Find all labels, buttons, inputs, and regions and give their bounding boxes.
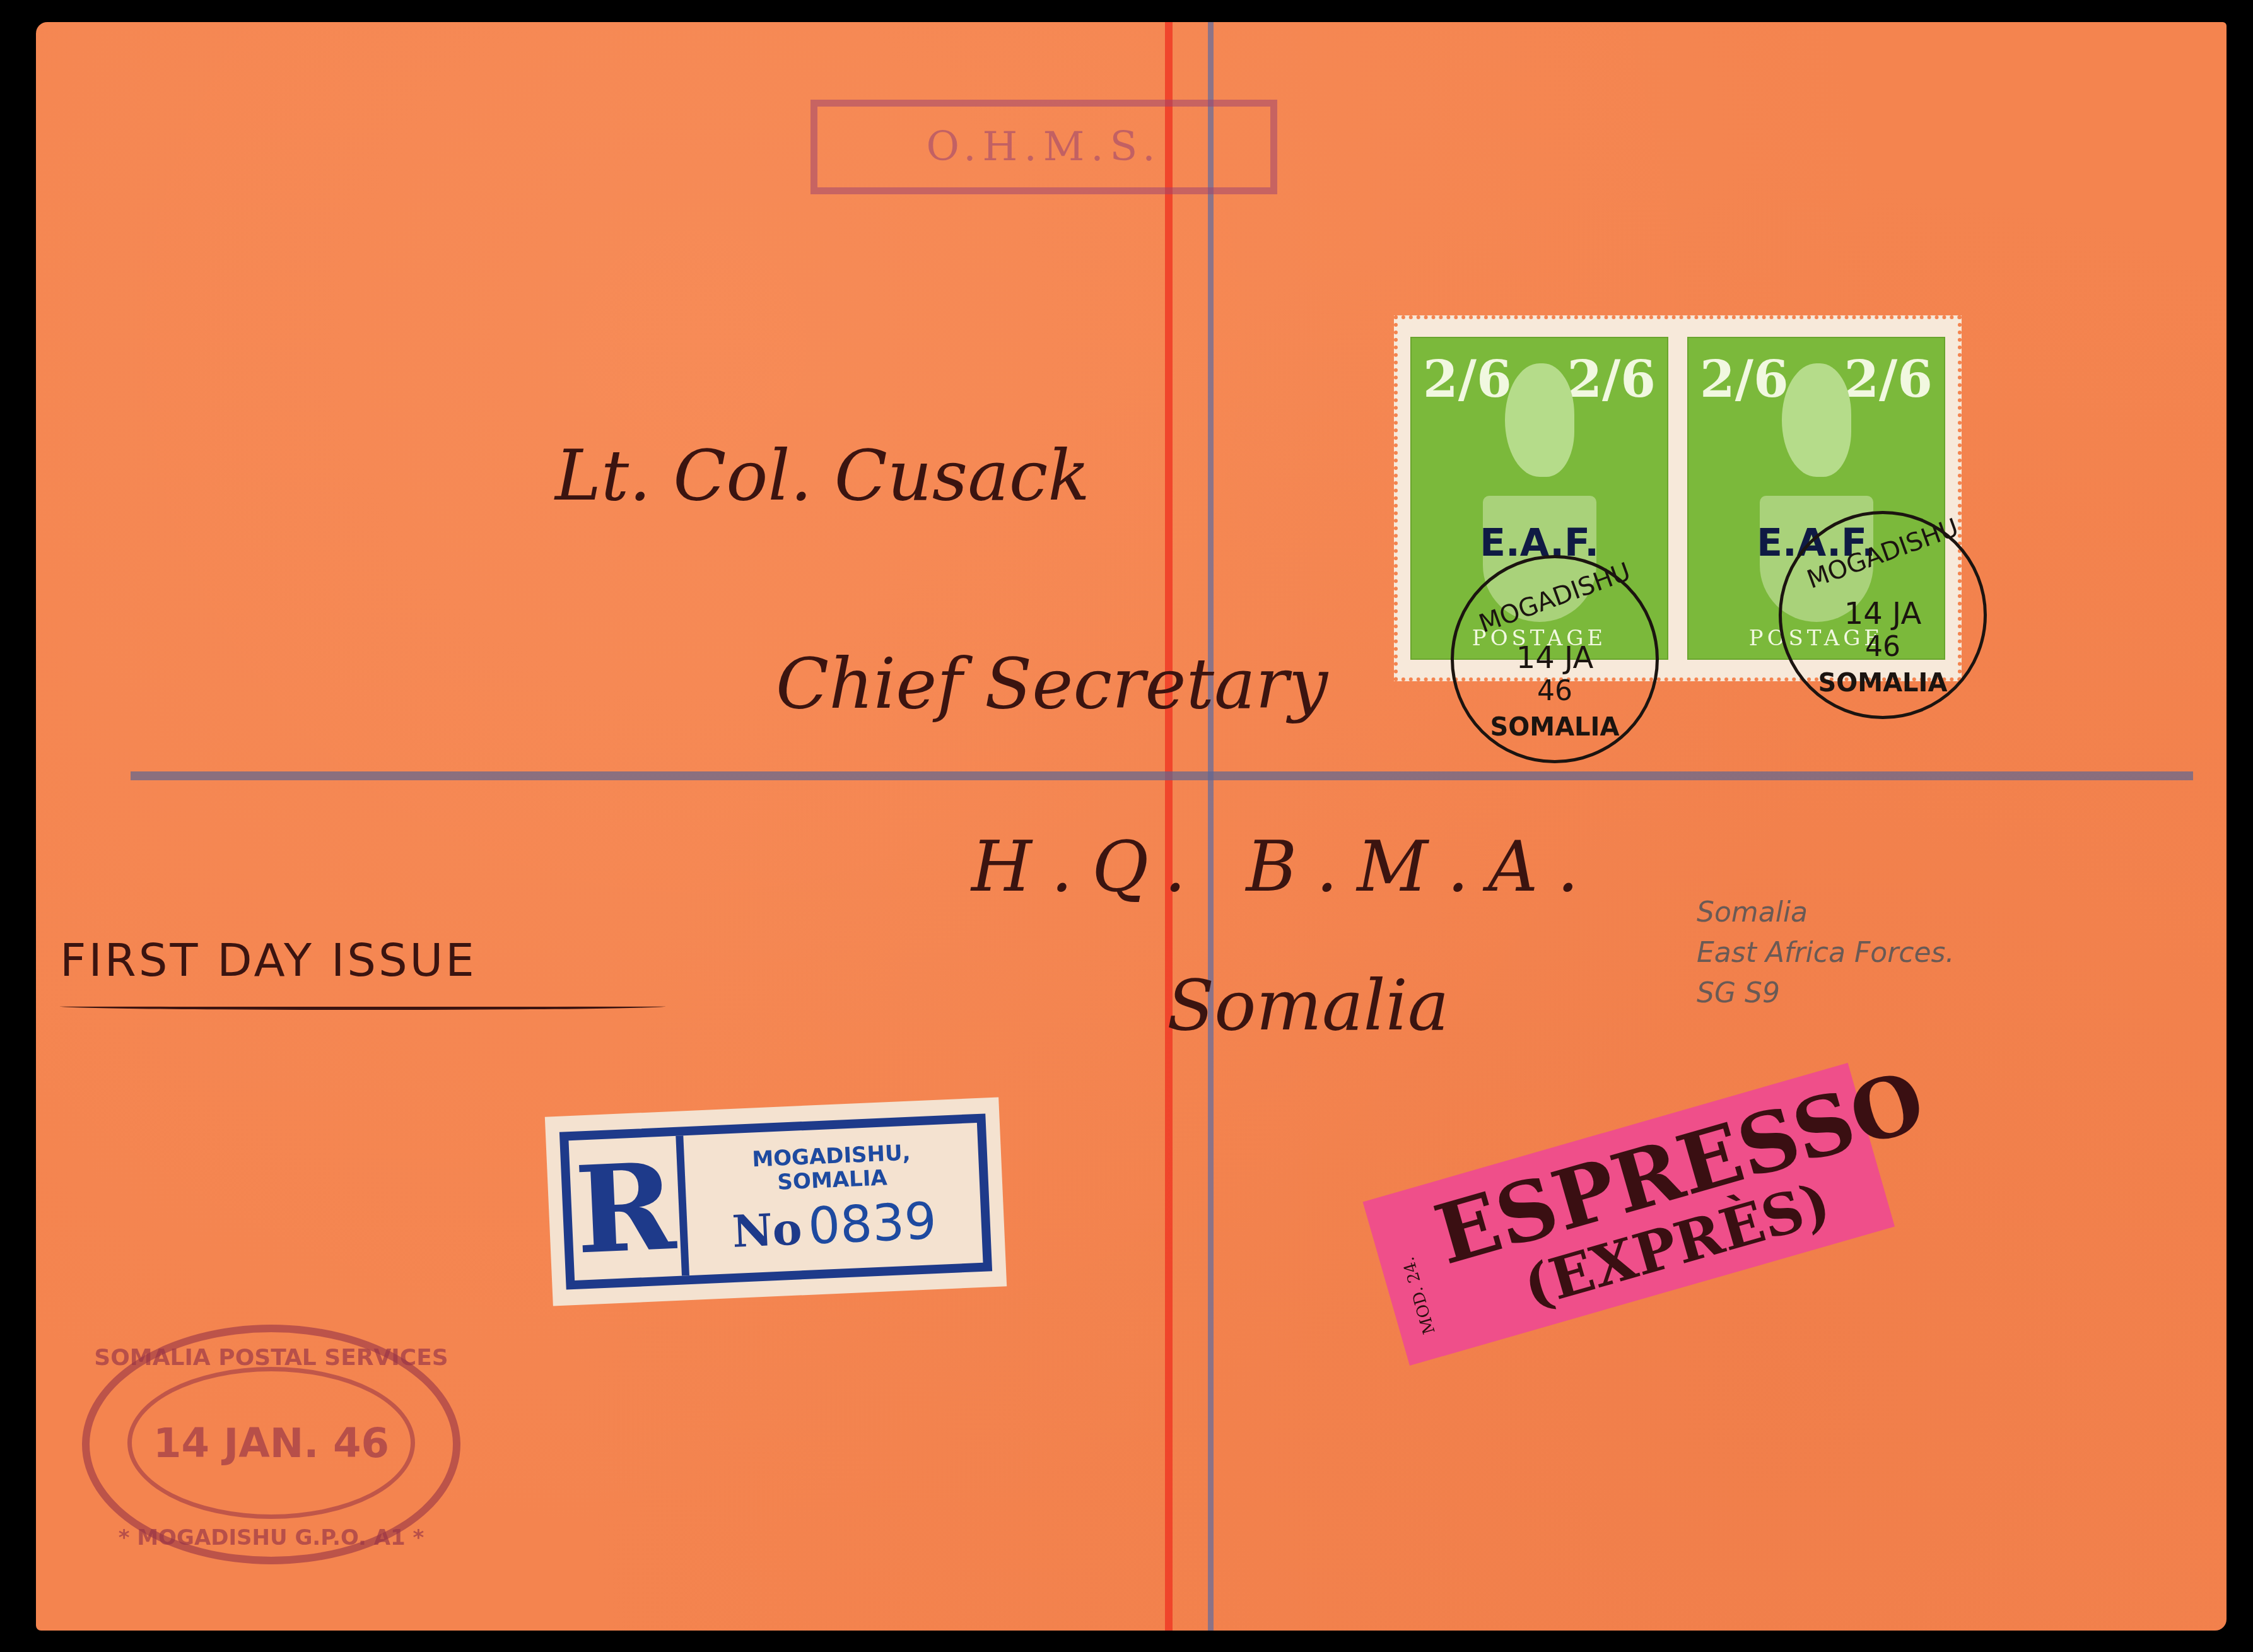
postmark: MOGADISHU 14 JA 46 SOMALIA — [1451, 555, 1659, 763]
postmark-country: SOMALIA — [1454, 713, 1656, 742]
registration-country: SOMALIA — [777, 1166, 888, 1195]
king-portrait-icon — [1505, 363, 1574, 477]
ohms-frank: O.H.M.S. — [810, 100, 1277, 194]
stamp-value: 2/6 — [1567, 349, 1656, 409]
pencil-note-line: Somalia — [1697, 893, 1954, 933]
express-model: MOD. 24. — [1399, 1255, 1439, 1336]
pencil-note-line: East Africa Forces. — [1697, 933, 1954, 973]
stamp-value: 2/6 — [1423, 349, 1512, 409]
pencil-note: Somalia East Africa Forces. SG S9 — [1697, 893, 1954, 1014]
postmark-date: 14 JA — [1782, 596, 1984, 631]
pencil-note-line: SG S9 — [1697, 973, 1954, 1014]
king-portrait-icon — [1782, 363, 1851, 477]
postmark-date: 14 JA — [1454, 640, 1656, 676]
oval-cachet: SOMALIA POSTAL SERVICES 14 JAN. 46 * MOG… — [82, 1325, 460, 1564]
first-day-underline — [60, 1003, 665, 1010]
postmark-year: 46 — [1454, 675, 1656, 707]
registration-city: MOGADISHU, — [752, 1140, 911, 1171]
cachet-bottom: * MOGADISHU G.P.O. A1 * — [90, 1525, 453, 1550]
registration-label: R MOGADISHU, SOMALIA No0839 — [545, 1097, 1007, 1306]
address-line-title: Chief Secretary — [776, 643, 1328, 724]
registration-letter: R — [568, 1135, 689, 1280]
address-line-country: Somalia — [1167, 965, 1449, 1046]
registration-crayon-blue-horizontal — [131, 771, 2193, 780]
stamp-value: 2/6 — [1700, 349, 1789, 409]
address-line-office: H.Q. B.M.A. — [971, 826, 1598, 907]
postmark-year: 46 — [1782, 631, 1984, 663]
postmark-country: SOMALIA — [1782, 669, 1984, 698]
cachet-date: 14 JAN. 46 — [90, 1421, 453, 1467]
registration-no-label: No — [731, 1202, 803, 1258]
address-line-name: Lt. Col. Cusack — [555, 435, 1090, 516]
first-day-issue-note: FIRST DAY ISSUE — [60, 934, 477, 987]
postmark: MOGADISHU 14 JA 46 SOMALIA — [1779, 511, 1987, 719]
cachet-top: SOMALIA POSTAL SERVICES — [90, 1345, 453, 1371]
stamp-value: 2/6 — [1844, 349, 1933, 409]
registration-number: 0839 — [807, 1191, 937, 1255]
